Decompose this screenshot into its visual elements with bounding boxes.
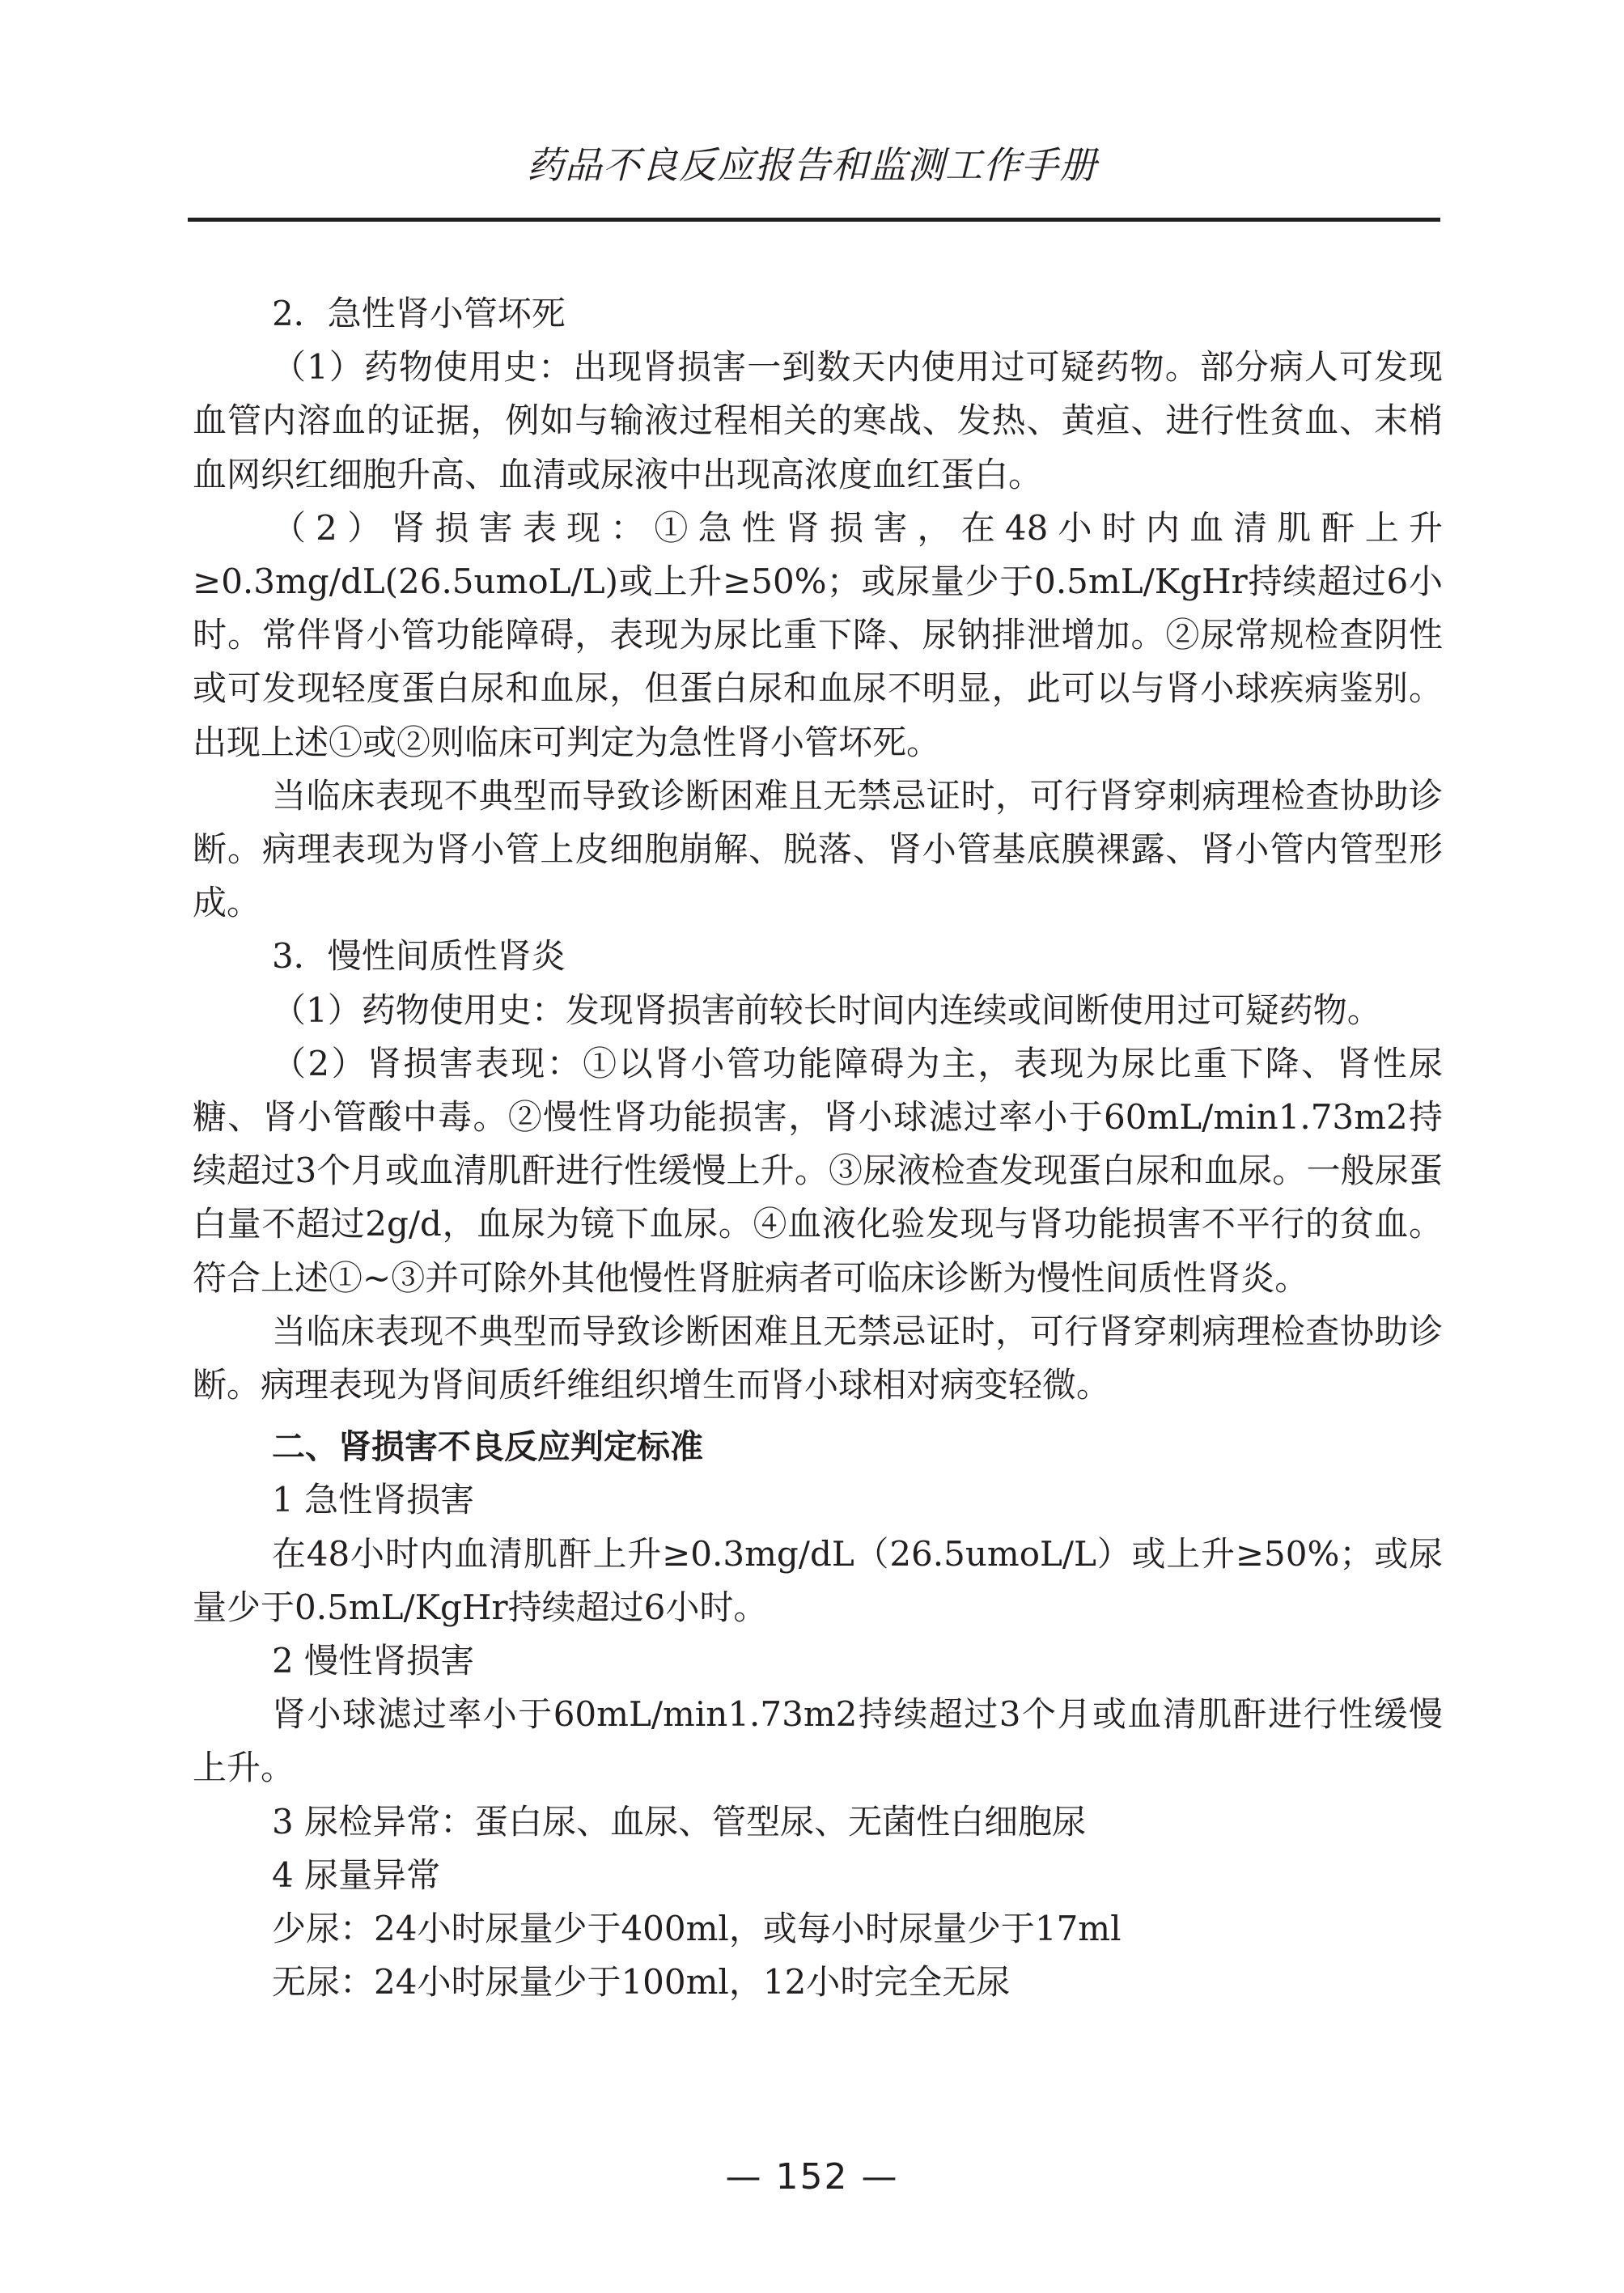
item-oliguria: 少尿：24小时尿量少于400ml，或每小时尿量少于17ml: [193, 1902, 1443, 1956]
item-chronic-kidney-injury: 2 慢性肾损害: [193, 1634, 1443, 1688]
paragraph-kidney-damage-1: （2）肾损害表现：①急性肾损害，在48小时内血清肌酐上升≥0.3mg/dL(26…: [193, 502, 1443, 769]
item-urinalysis-abnormal: 3 尿检异常：蛋白尿、血尿、管型尿、无菌性白细胞尿: [193, 1795, 1443, 1849]
subheading-chronic-interstitial-nephritis: 3．慢性间质性肾炎: [193, 930, 1443, 983]
section-heading-criteria: 二、肾损害不良反应判定标准: [193, 1420, 1443, 1473]
item-acute-kidney-injury: 1 急性肾损害: [193, 1473, 1443, 1527]
subheading-acute-tubular-necrosis: 2．急性肾小管坏死: [193, 287, 1443, 341]
page-body: 2．急性肾小管坏死 （1）药物使用史：出现肾损害一到数天内使用过可疑药物。部分病…: [193, 287, 1443, 2010]
paragraph-kidney-damage-2: （2）肾损害表现：①以肾小管功能障碍为主，表现为尿比重下降、肾性尿糖、肾小管酸中…: [193, 1037, 1443, 1305]
item-anuria: 无尿：24小时尿量少于100ml，12小时完全无尿: [193, 1956, 1443, 2009]
paragraph-drug-history-1: （1）药物使用史：出现肾损害一到数天内使用过可疑药物。部分病人可发现血管内溶血的…: [193, 341, 1443, 502]
item-urine-volume-abnormal: 4 尿量异常: [193, 1849, 1443, 1902]
header-divider: [188, 218, 1440, 222]
paragraph-biopsy-1: 当临床表现不典型而导致诊断困难且无禁忌证时，可行肾穿刺病理检查协助诊断。病理表现…: [193, 769, 1443, 930]
paragraph-ckd-criteria: 肾小球滤过率小于60mL/min1.73m2持续超过3个月或血清肌酐进行性缓慢上…: [193, 1688, 1443, 1795]
page-number: — 152 —: [0, 2156, 1624, 2198]
paragraph-drug-history-2: （1）药物使用史：发现肾损害前较长时间内连续或间断使用过可疑药物。: [193, 984, 1443, 1037]
running-header-title: 药品不良反应报告和监测工作手册: [0, 136, 1624, 189]
paragraph-aki-criteria: 在48小时内血清肌酐上升≥0.3mg/dL（26.5umoL/L）或上升≥50%…: [193, 1528, 1443, 1634]
paragraph-biopsy-2: 当临床表现不典型而导致诊断困难且无禁忌证时，可行肾穿刺病理检查协助诊断。病理表现…: [193, 1305, 1443, 1412]
